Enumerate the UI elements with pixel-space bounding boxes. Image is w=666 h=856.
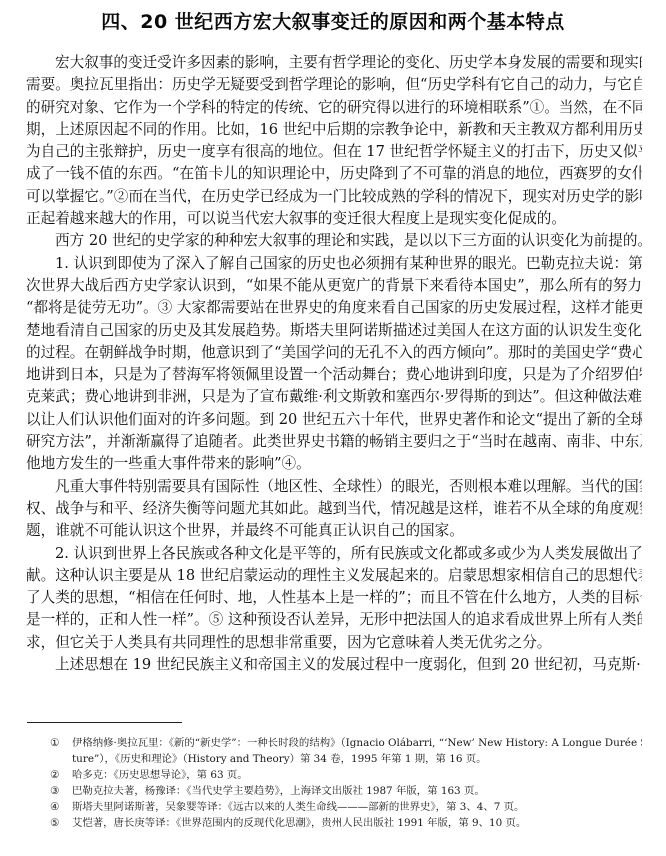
- footnote-text: 哈多克：《历史思想导论》，第 63 页。: [72, 767, 642, 783]
- footnote-2: ② 哈多克：《历史思想导论》，第 63 页。: [50, 767, 642, 783]
- footnote-marker: ②: [50, 767, 72, 783]
- footnote-text: 巴勒克拉夫著，杨豫译：《当代史学主要趋势》，上海译文出版社 1987 年版，第 …: [72, 783, 642, 799]
- document-page: 四、20 世纪西方宏大叙事变迁的原因和两个基本特点 宏大叙事的变迁受许多因素的影…: [0, 0, 666, 856]
- body-line: 以让人们认识他们面对的许多问题。到 20 世纪五六十年代，世界史著作和论文“提出…: [26, 409, 642, 431]
- footnote-3: ③ 巴勒克拉夫著，杨豫译：《当代史学主要趋势》，上海译文出版社 1987 年版，…: [50, 783, 642, 799]
- body-line: 成了一钱不值的东西。“在笛卡儿的知识理论中，历史降到了不可靠的消息的地位，西赛罗…: [26, 163, 642, 185]
- section-title: 四、20 世纪西方宏大叙事变迁的原因和两个基本特点: [0, 9, 666, 35]
- body-line: 研究方法”，并渐渐赢得了追随者。此类世界史书籍的畅销主要归之于“当时在越南、南非…: [26, 431, 642, 453]
- body-line: 楚地看清自己国家的历史及其发展趋势。斯塔夫里阿诺斯描述过美国人在这方面的认识发生…: [26, 320, 642, 342]
- body-line: 的过程。在朝鲜战争时期，他意识到了“美国学问的无孔不入的西方倾向”。那时的美国史…: [26, 342, 642, 364]
- footnote-marker: ③: [50, 783, 72, 799]
- body-line: 凡重大事件特别需要具有国际性（地区性、全球性）的眼光，否则根本难以理解。当代的国…: [26, 476, 642, 498]
- body-line: 地讲到日本，只是为了替海军将领佩里设置一个活动舞台；费心地讲到印度，只是为了介绍…: [26, 364, 642, 386]
- body-line: 宏大叙事的变迁受许多因素的影响，主要有哲学理论的变化、历史学本身发展的需要和现实…: [26, 52, 642, 74]
- body-line: 为自己的主张辩护，历史一度享有很高的地位。但在 17 世纪哲学怀疑主义的打击下，…: [26, 141, 642, 163]
- body-line: 可以掌握它。”②而在当代，在历史学已经成为一门比较成熟的学科的情况下，现实对历史…: [26, 186, 642, 208]
- footnotes: ① 伊格纳修·奥拉瓦里：《新的“新史学”：一种长时段的结构》（Ignacio O…: [50, 735, 642, 831]
- body-line: 正起着越来越大的作用，可以说当代宏大叙事的变迁很大程度上是现实变化促成的。: [26, 208, 642, 230]
- body-line: 克莱武；费心地讲到非洲，只是为了宣布戴维·利文斯敦和塞西尔·罗得斯的到达”。但这…: [26, 386, 642, 408]
- body-text: 宏大叙事的变迁受许多因素的影响，主要有哲学理论的变化、历史学本身发展的需要和现实…: [26, 52, 642, 676]
- body-line: 2. 认识到世界上各民族或各种文化是平等的，所有民族或文化都或多或少为人类发展做…: [26, 543, 642, 565]
- footnote-4: ④ 斯塔夫里阿诺斯著，吴象婴等译：《远古以来的人类生命线———部新的世界史》，第…: [50, 799, 642, 815]
- body-line: 求，但它关于人类具有共同理性的思想非常重要，因为它意味着人类无优劣之分。: [26, 632, 642, 654]
- footnote-text: 艾恺著，唐长庚等译：《世界范围内的反现代化思潮》，贵州人民出版社 1991 年版…: [72, 815, 642, 831]
- body-line: 权、战争与和平、经济失衡等问题尤其如此。越到当代，情况越是这样，谁若不从全球的角…: [26, 498, 642, 520]
- body-line: 了人类的思想，“相信在任何时、地，人性基本上是一样的”；而且不管在什么地方，人类…: [26, 587, 642, 609]
- body-line: 题，谁就不可能认识这个世界，并最终不可能真正认识自己的国家。: [26, 520, 642, 542]
- footnote-text: 斯塔夫里阿诺斯著，吴象婴等译：《远古以来的人类生命线———部新的世界史》，第 3…: [72, 799, 642, 815]
- body-line: 西方 20 世纪的史学家的种种宏大叙事的理论和实践，是以以下三方面的认识变化为前…: [26, 230, 642, 252]
- body-line: 期，上述原因起不同的作用。比如，16 世纪中后期的宗教争论中，新教和天主教双方都…: [26, 119, 642, 141]
- body-line: 需要。奥拉瓦里指出：历史学无疑要受到哲学理论的影响，但“历史学科有它自己的动力，…: [26, 74, 642, 96]
- footnote-1: ① 伊格纳修·奥拉瓦里：《新的“新史学”：一种长时段的结构》（Ignacio O…: [50, 735, 642, 751]
- footnote-separator: [27, 722, 182, 723]
- body-line: 献。这种认识主要是从 18 世纪启蒙运动的理性主义发展起来的。启蒙思想家相信自己…: [26, 565, 642, 587]
- footnote-text: 伊格纳修·奥拉瓦里：《新的“新史学”：一种长时段的结构》（Ignacio Olá…: [72, 735, 642, 751]
- body-line: 上述思想在 19 世纪民族主义和帝国主义的发展过程中一度弱化，但到 20 世纪初…: [26, 654, 642, 676]
- body-line: 的研究对象、它作为一个学科的特定的传统、它的研究得以进行的环境相联系”①。当然，…: [26, 97, 642, 119]
- body-line: 是一样的，正和人性一样”。⑤ 这种预设否认差异，无形中把法国人的追求看成世界上所…: [26, 609, 642, 631]
- footnote-marker: ④: [50, 799, 72, 815]
- footnote-marker: ⑤: [50, 815, 72, 831]
- footnote-marker: ①: [50, 735, 72, 751]
- footnote-1-continued: ture”），《历史和理论》（History and Theory）第 34 卷…: [50, 751, 642, 767]
- body-line: “都将是徒劳无功”。③ 大家都需要站在世界史的角度来看自己国家的历史发展过程，这…: [26, 297, 642, 319]
- footnote-text: ture”），《历史和理论》（History and Theory）第 34 卷…: [72, 751, 642, 767]
- body-line: 1. 认识到即使为了深入了解自己国家的历史也必须拥有某种世界的眼光。巴勒克拉夫说…: [26, 253, 642, 275]
- footnote-5: ⑤ 艾恺著，唐长庚等译：《世界范围内的反现代化思潮》，贵州人民出版社 1991 …: [50, 815, 642, 831]
- body-line: 他地方发生的一些重大事件带来的影响”④。: [26, 453, 642, 475]
- body-line: 次世界大战后西方史学家认识到，“如果不能从更宽广的背景下来看待本国史”，那么所有…: [26, 275, 642, 297]
